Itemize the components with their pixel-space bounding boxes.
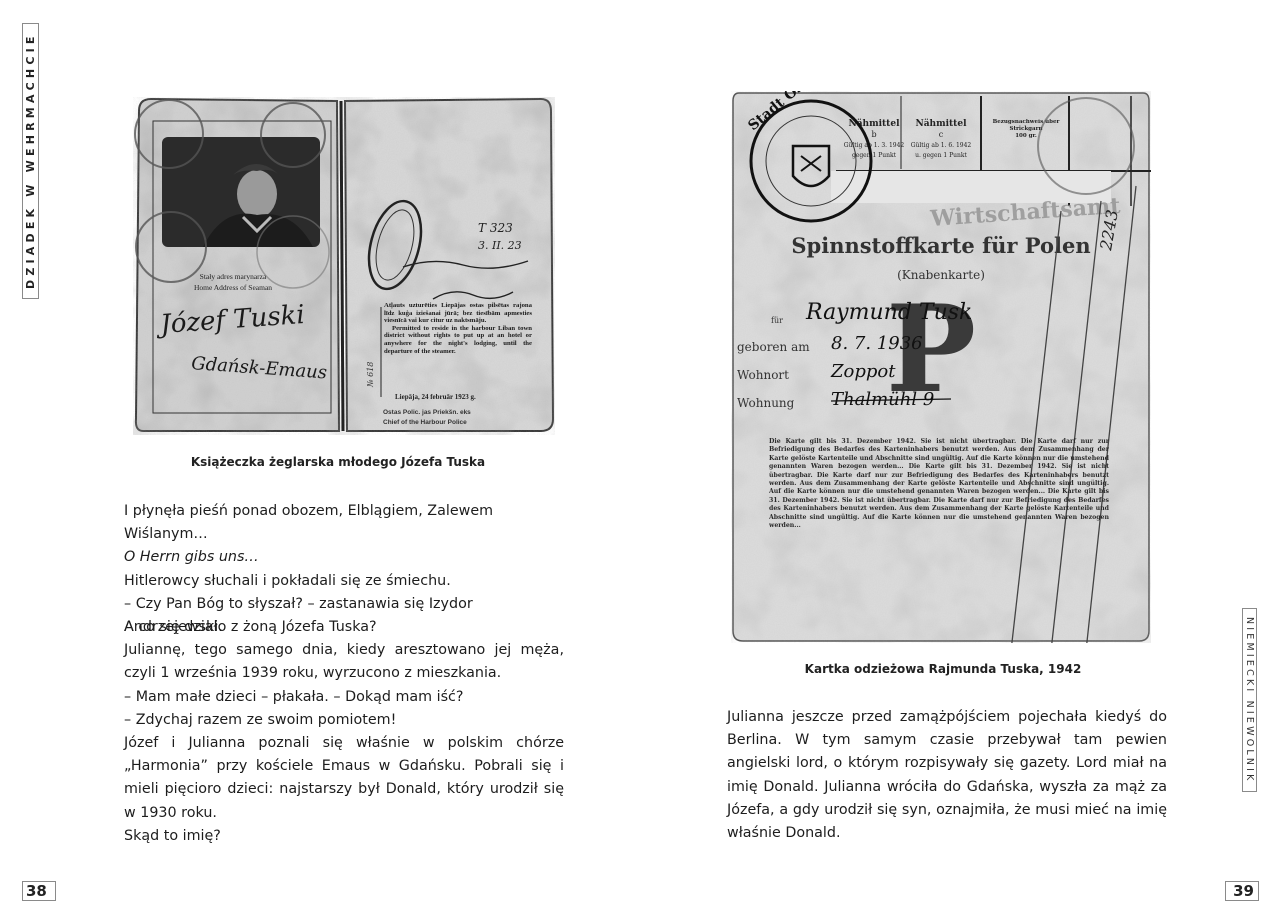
paragraph: A co się działo z żoną Józefa Tuska? xyxy=(124,616,564,639)
paragraph: Skąd to imię? xyxy=(124,825,564,848)
card-title: Spinnstoffkarte für Polen xyxy=(791,233,1090,258)
latvian-permit-text: Atļauts uzturēties Liepājas ostas pilsēt… xyxy=(384,302,532,325)
text-block-3: Julianna jeszcze przed zamążpójściem poj… xyxy=(727,706,1167,845)
page-number-right: 39 xyxy=(1225,881,1259,901)
printed-address-label-pl: Stały adres marynarza xyxy=(200,272,267,281)
coupon-c-valid: Gültig ab 1. 6. 1942 xyxy=(911,142,972,149)
coupon-c-points: u. gegen 1 Punkt xyxy=(915,152,967,159)
paragraph: I płynęła pieśń ponad obozem, Elblągiem,… xyxy=(124,500,564,546)
paragraph-italic: O Herrn gibs uns… xyxy=(124,546,564,569)
paragraph: Hitlerowcy słuchali i pokładali się ze ś… xyxy=(124,570,564,593)
coupon-c-letter: c xyxy=(939,130,944,139)
printed-address-label-en: Home Address of Seaman xyxy=(194,283,272,292)
paragraph: Juliannę, tego samego dnia, kiedy areszt… xyxy=(124,639,564,685)
coupon-c-title: Nähmittel xyxy=(915,118,967,129)
field-value-birth: 8. 7. 1936 xyxy=(831,333,923,354)
coupon-b-letter: b xyxy=(871,130,876,139)
english-permit-text: Permitted to reside in the harbour Liban… xyxy=(384,325,532,355)
running-head-left: DZIADEK W WEHRMACHCIE xyxy=(22,23,39,299)
seaman-book-photo: Stały adres marynarza Home Address of Se… xyxy=(133,97,555,435)
field-label: Wohnung xyxy=(737,396,795,410)
field-label: Wohnort xyxy=(737,368,789,382)
place-date: Liepāja, 24 februār 1923 g. xyxy=(395,393,476,401)
handwritten-number: T 323 xyxy=(478,221,513,235)
coupon-yarn-amount: 100 gr. xyxy=(987,133,1065,140)
paragraph: Julianna jeszcze przed zamążpójściem poj… xyxy=(727,706,1167,845)
paragraph: – Mam małe dzieci – płakała. – Dokąd mam… xyxy=(124,686,564,709)
field-label: geboren am xyxy=(737,340,810,354)
text-block-2: A co się działo z żoną Józefa Tuska? Jul… xyxy=(124,616,564,848)
page-number-left: 38 xyxy=(22,881,56,901)
coupon-b-points: gegen 1 Punkt xyxy=(852,152,897,159)
running-head-right: NIEMIECKI NIEWOLNIK xyxy=(1242,608,1257,792)
handwritten-date: 3. II. 23 xyxy=(478,239,522,252)
paragraph: – Zdychaj razem ze swoim pomiotem! xyxy=(124,709,564,732)
side-number: № 618 xyxy=(366,362,375,388)
ration-card-photo: Nähmittel b Gültig ab 1. 3. 1942 gegen 1… xyxy=(731,91,1151,643)
field-value-name: Raymund Tusk xyxy=(805,300,972,325)
footer-lv: Ostas Polic. jas Priekšn. eks xyxy=(383,409,471,416)
coupon-yarn-title: Bezugsnachweis über Strickgarn xyxy=(987,119,1065,133)
field-value-town: Zoppot xyxy=(830,361,896,382)
figure-caption-left: Książeczka żeglarska młodego Józefa Tusk… xyxy=(120,455,556,469)
figure-caption-right: Kartka odzieżowa Rajmunda Tuska, 1942 xyxy=(720,662,1166,676)
field-label: für xyxy=(771,316,783,325)
footer-en: Chief of the Harbour Police xyxy=(383,419,467,426)
paragraph: Józef i Julianna poznali się właśnie w p… xyxy=(124,732,564,825)
